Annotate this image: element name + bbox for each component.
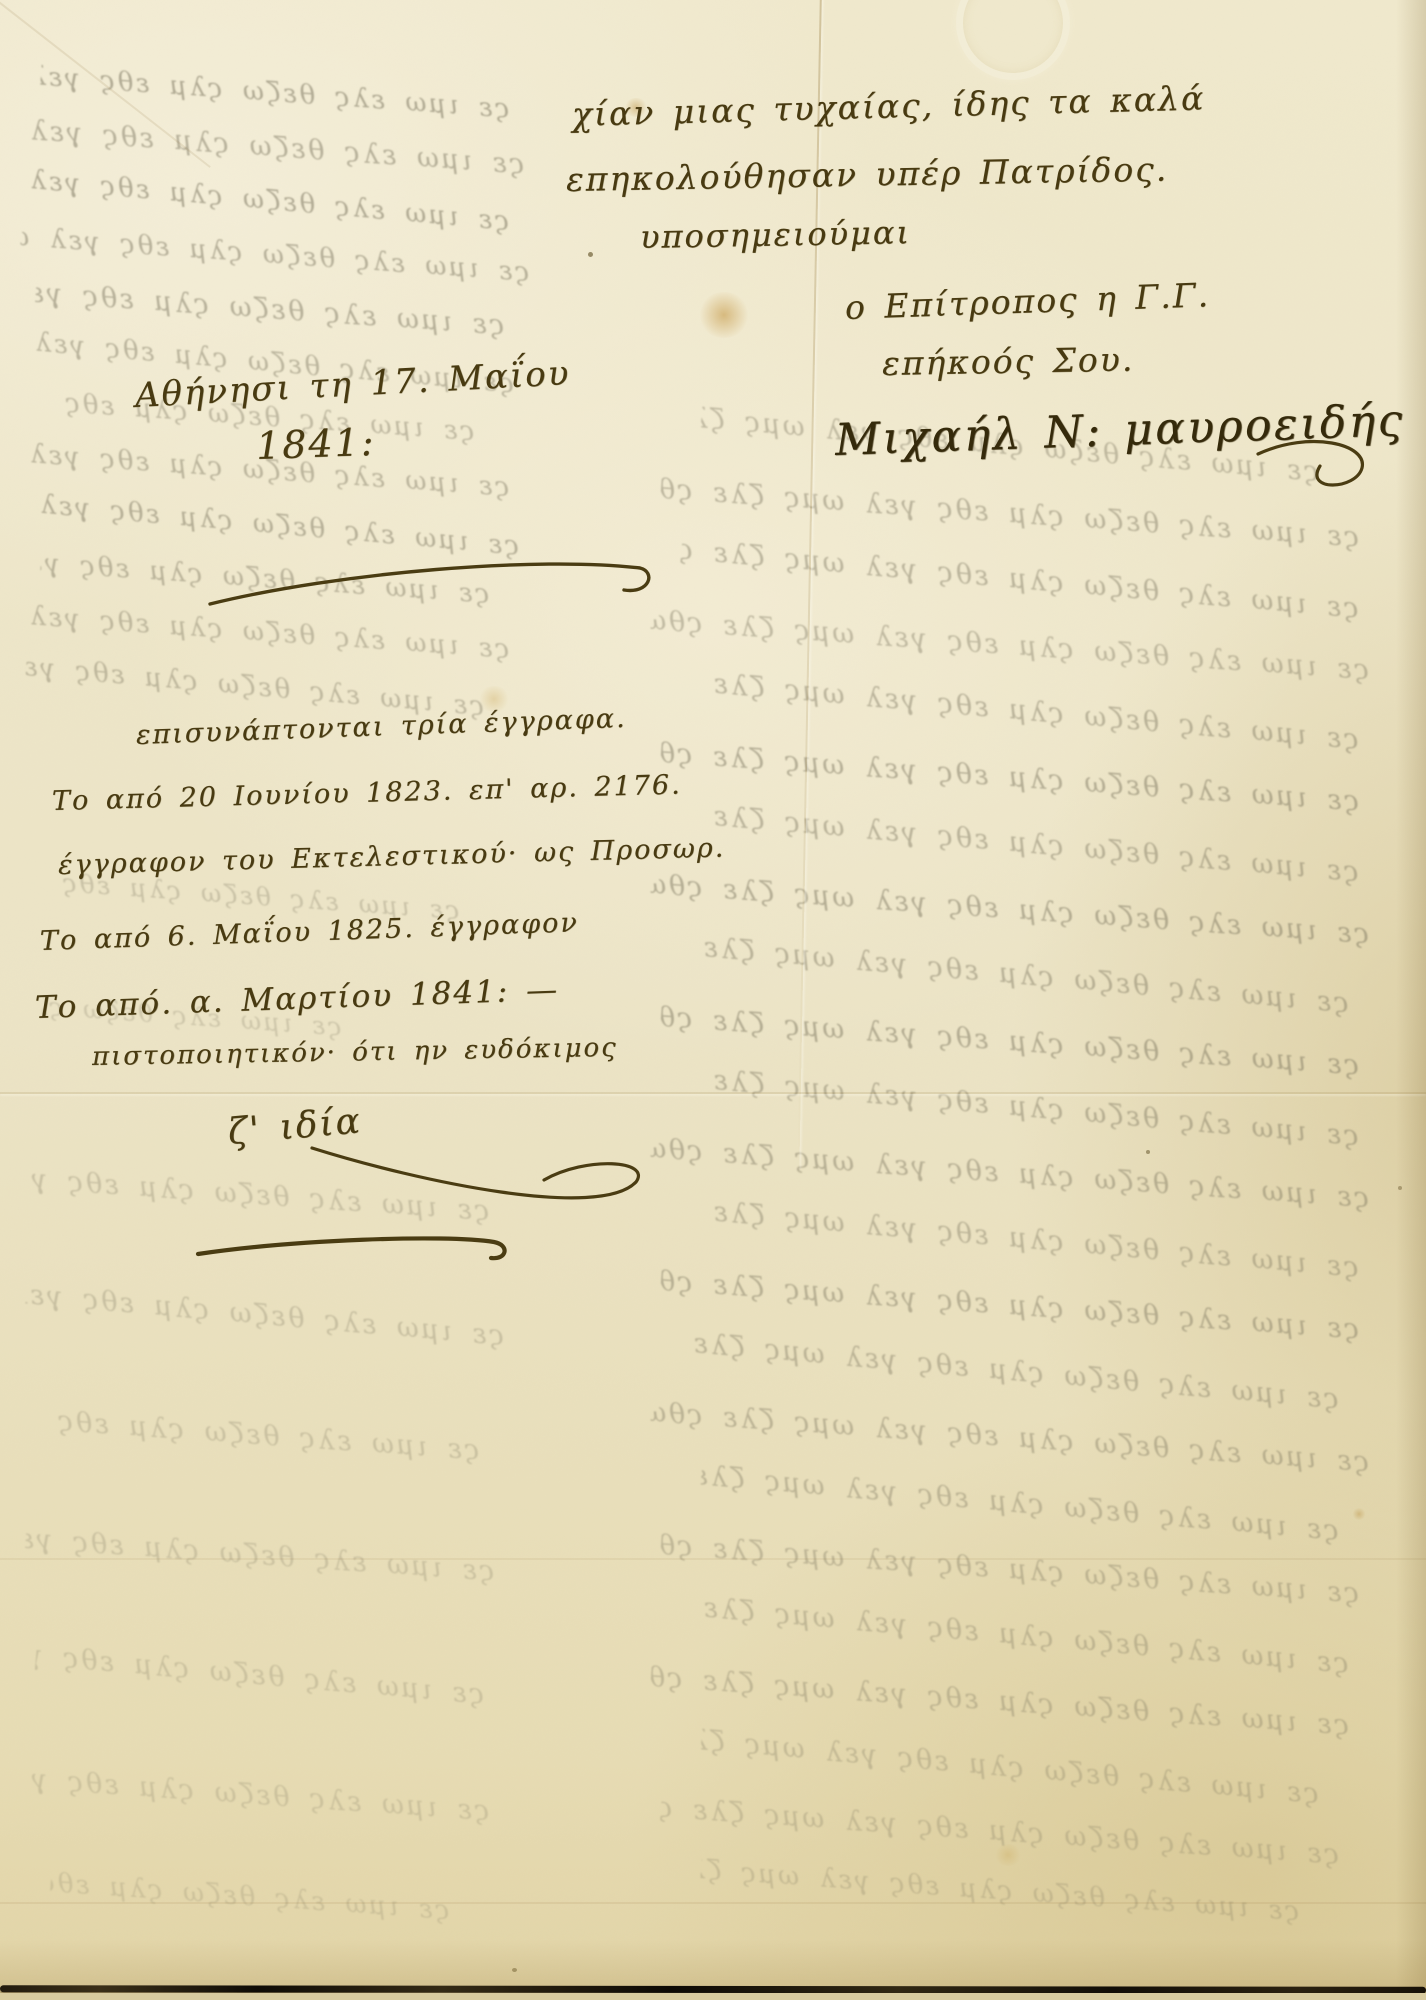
manuscript-scan: { "document": { "kind": "handwritten Gre… bbox=[0, 0, 1426, 2000]
closing-line-3: υποσημειούμαι bbox=[640, 213, 912, 256]
scan-right-shadow bbox=[1396, 0, 1426, 2000]
ink-speck bbox=[1146, 1150, 1150, 1154]
horizontal-fold-crease-faint bbox=[0, 1902, 1426, 1904]
ink-speck bbox=[588, 252, 593, 257]
dateline-year: 1841: bbox=[255, 420, 376, 468]
closing-role-line-2: επήκοός Σου. bbox=[882, 340, 1135, 383]
horizontal-fold-crease-faint bbox=[0, 1558, 1426, 1560]
horizontal-fold-crease bbox=[0, 1092, 1426, 1094]
scan-edge-margin bbox=[0, 1993, 1426, 2000]
